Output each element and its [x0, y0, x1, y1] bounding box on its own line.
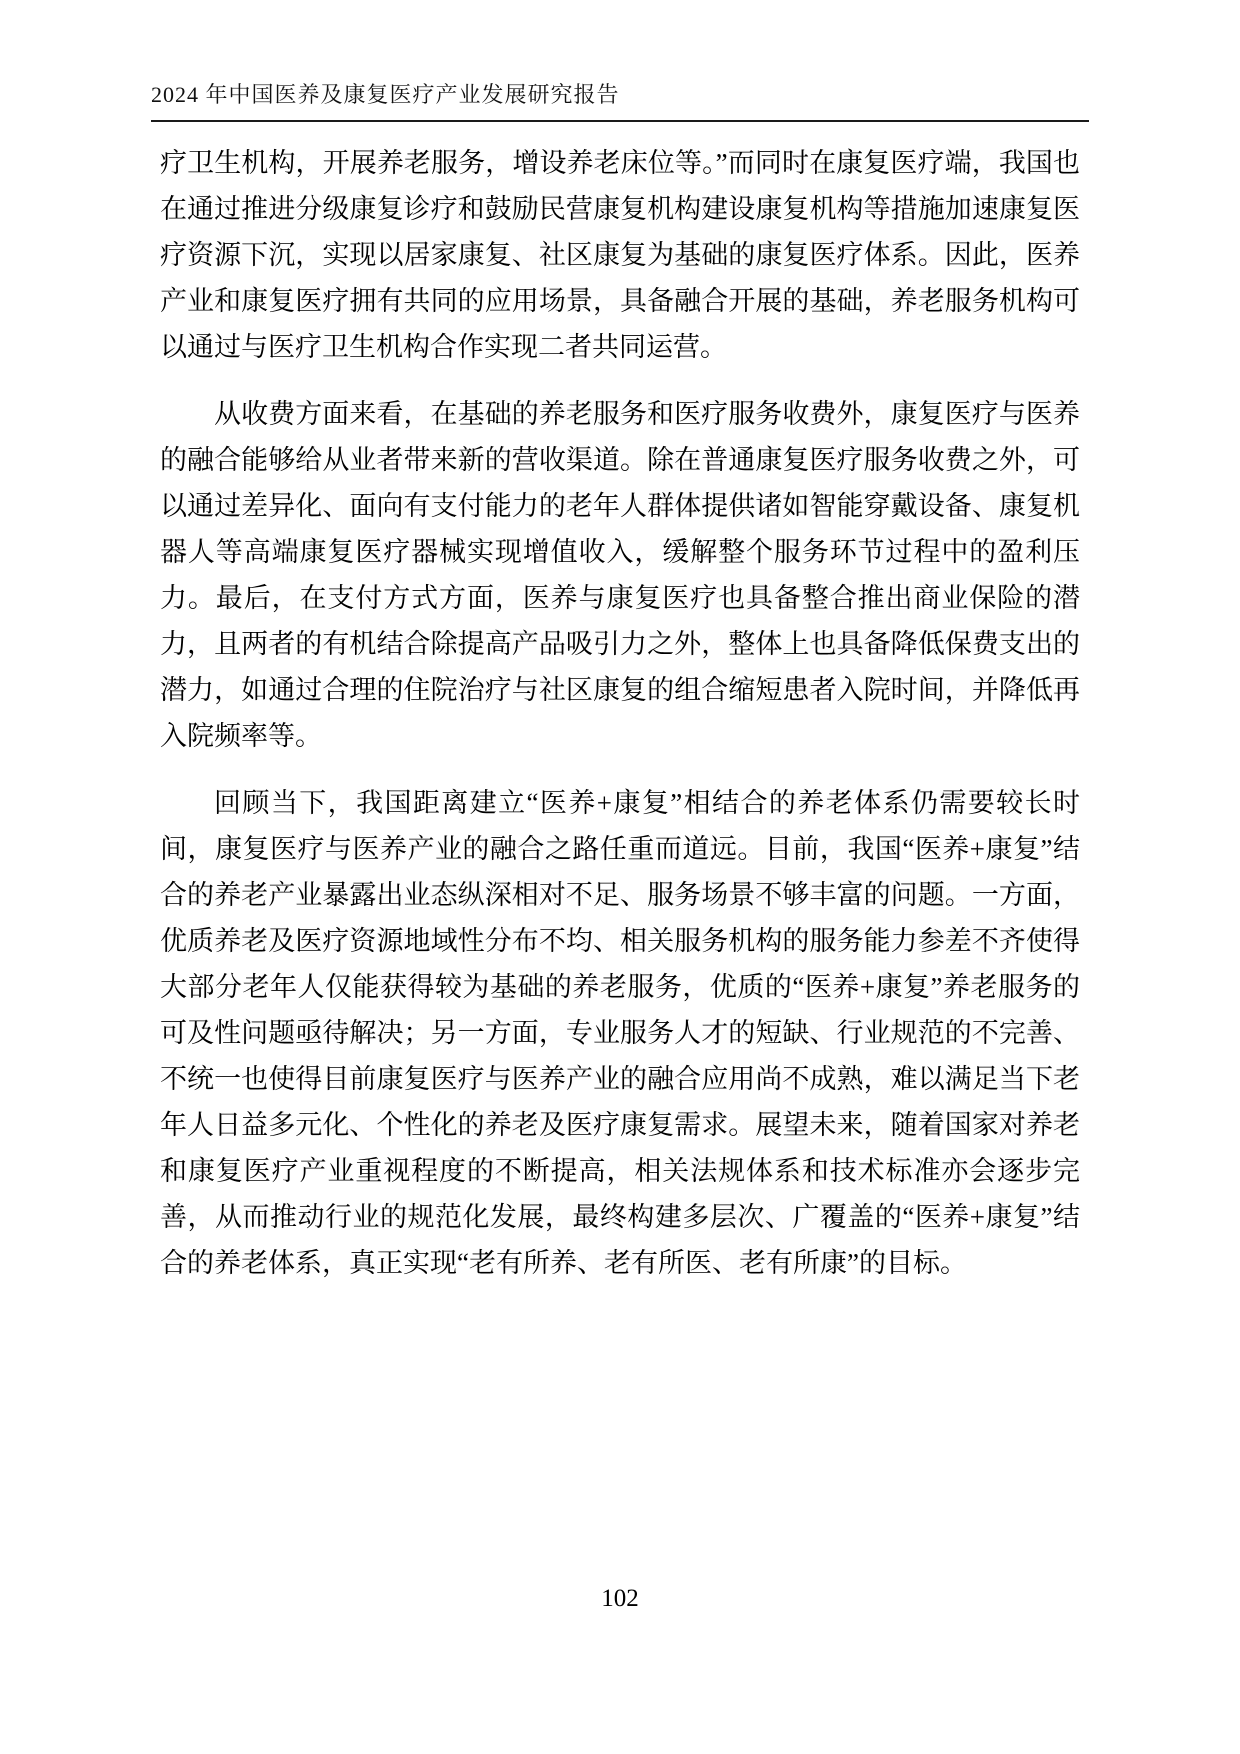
page-number: 102	[601, 1585, 639, 1612]
document-body: 疗卫生机构，开展养老服务，增设养老床位等。”而同时在康复医疗端，我国也在通过推进…	[160, 140, 1080, 1307]
paragraph-fees: 从收费方面来看，在基础的养老服务和医疗服务收费外，康复医疗与医养的融合能够给从业…	[160, 391, 1080, 759]
document-page: 2024 年中国医养及康复医疗产业发展研究报告 疗卫生机构，开展养老服务，增设养…	[0, 0, 1240, 1754]
page-footer: 102	[0, 1585, 1240, 1613]
report-title: 2024 年中国医养及康复医疗产业发展研究报告	[151, 78, 1089, 109]
paragraph-continuation: 疗卫生机构，开展养老服务，增设养老床位等。”而同时在康复医疗端，我国也在通过推进…	[160, 140, 1080, 370]
page-header: 2024 年中国医养及康复医疗产业发展研究报告	[151, 78, 1089, 122]
paragraph-outlook: 回顾当下，我国距离建立“医养+康复”相结合的养老体系仍需要较长时间，康复医疗与医…	[160, 780, 1080, 1286]
